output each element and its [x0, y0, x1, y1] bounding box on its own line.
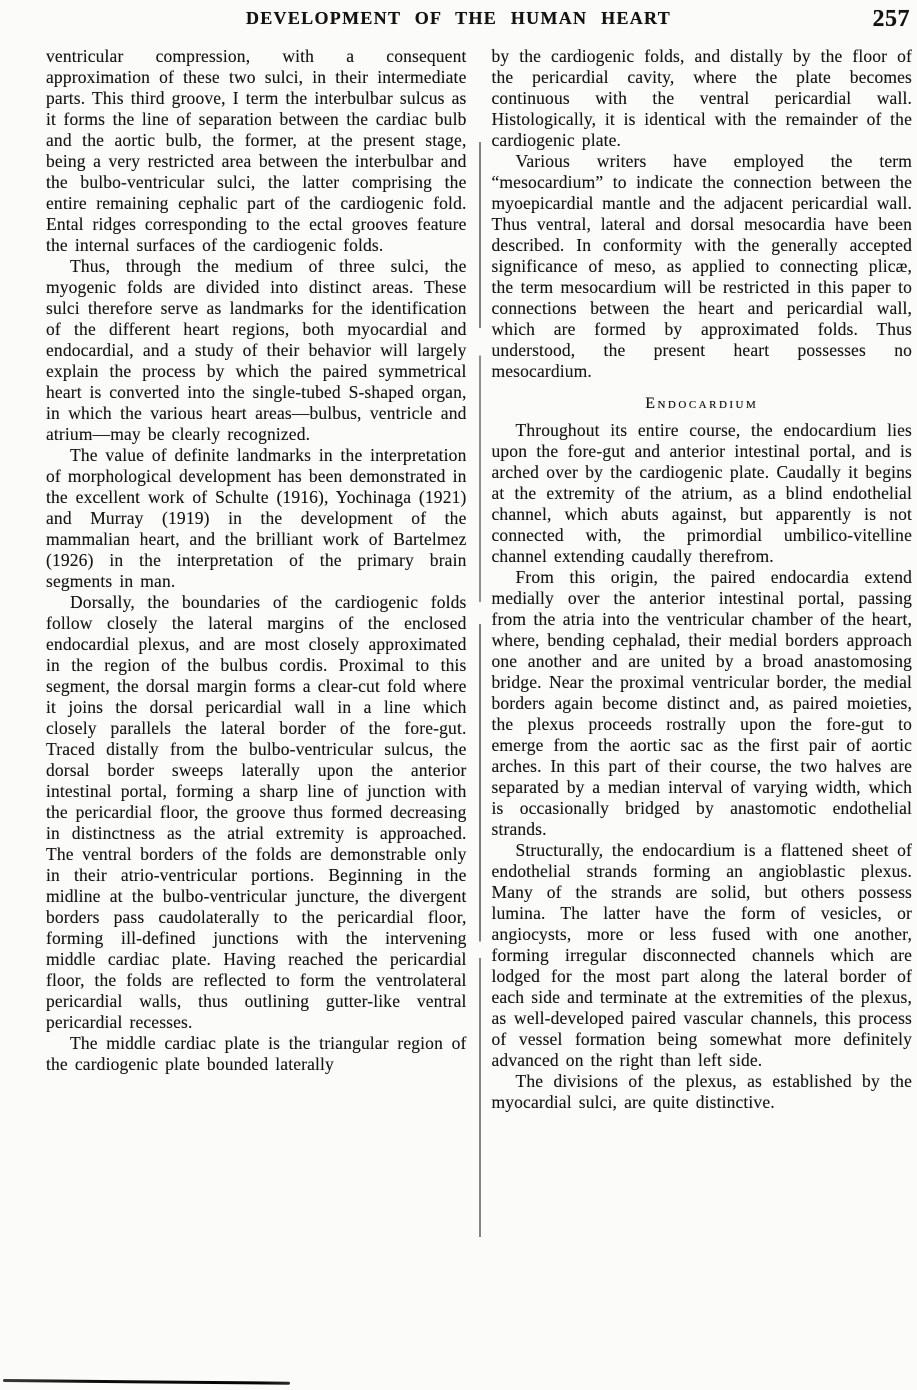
paragraph: ventricular compression, with a conseque…: [46, 46, 467, 256]
paragraph: Throughout its entire course, the endoca…: [492, 420, 913, 567]
left-column: ventricular compression, with a conseque…: [46, 46, 467, 1113]
paragraph: Structurally, the endocardium is a flatt…: [492, 840, 913, 1071]
paragraph: by the cardiogenic folds, and distally b…: [492, 46, 913, 151]
page-title: DEVELOPMENT OF THE HUMAN HEART: [0, 8, 917, 29]
paragraph: From this origin, the paired endocardia …: [492, 567, 913, 840]
paragraph: The divisions of the plexus, as establis…: [492, 1071, 913, 1113]
right-column: by the cardiogenic folds, and distally b…: [492, 46, 913, 1113]
document-page: DEVELOPMENT OF THE HUMAN HEART 257 ventr…: [0, 0, 917, 1390]
paragraph: The middle cardiac plate is the triangul…: [46, 1033, 467, 1075]
section-heading-endocardium: Endocardium: [492, 395, 913, 413]
column-divider-rule: [479, 142, 481, 1237]
paragraph: Dorsally, the boundaries of the cardioge…: [46, 592, 467, 1033]
running-head: DEVELOPMENT OF THE HUMAN HEART 257: [0, 8, 917, 40]
paragraph: The value of definite landmarks in the i…: [46, 445, 467, 592]
page-number: 257: [873, 6, 911, 33]
paragraph: Various writers have employed the term “…: [492, 151, 913, 382]
paragraph: Thus, through the medium of three sulci,…: [46, 256, 467, 445]
scan-artifact-streak: [3, 1379, 290, 1385]
